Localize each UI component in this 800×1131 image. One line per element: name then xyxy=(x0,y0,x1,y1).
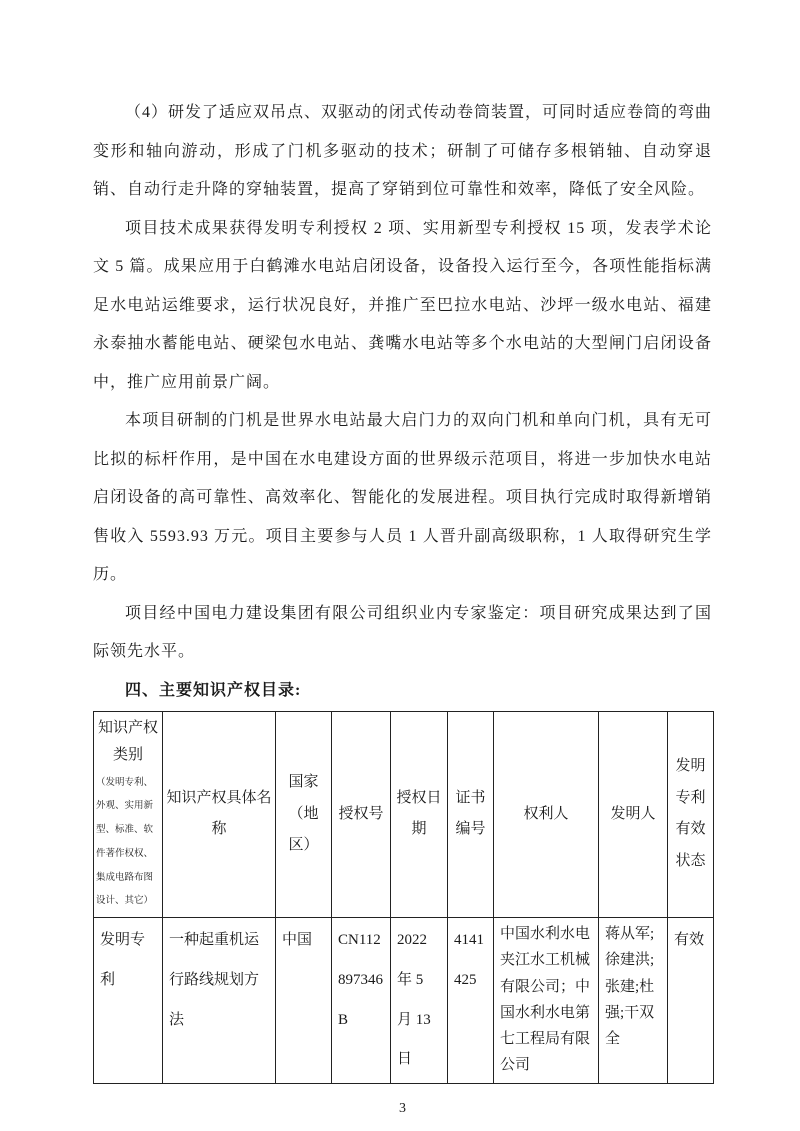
section-heading-ip-catalog: 四、主要知识产权目录: xyxy=(93,680,712,702)
cell-ip-name: 一种起重机运行路线规划方法 xyxy=(163,918,276,1084)
header-rights-holder: 权利人 xyxy=(494,711,599,918)
header-ip-category: 知识产权类别 （发明专利、外观、实用新型、标准、软件著作权权、集成电路布图设计、… xyxy=(94,711,163,918)
header-grant-date: 授权日期 xyxy=(391,711,448,918)
cell-inventors: 蒋从军;徐建洪;张建;杜强;干双全 xyxy=(599,918,668,1084)
table-row: 发明专利 一种起重机运行路线规划方法 中国 CN112897346B 2022 … xyxy=(94,918,714,1084)
cell-validity-status: 有效 xyxy=(668,918,714,1084)
header-country: 国家（地区） xyxy=(276,711,332,918)
paragraph-achievement-4: （4）研发了适应双吊点、双驱动的闭式传动卷筒装置，可同时适应卷筒的弯曲变形和轴向… xyxy=(93,94,712,210)
header-ip-name: 知识产权具体名称 xyxy=(163,711,276,918)
ip-rights-table: 知识产权类别 （发明专利、外观、实用新型、标准、软件著作权权、集成电路布图设计、… xyxy=(93,711,714,1085)
paragraph-patent-results: 项目技术成果获得发明专利授权 2 项、实用新型专利授权 15 项，发表学术论文 … xyxy=(93,210,712,403)
header-ip-category-label: 知识产权类别 xyxy=(96,715,160,769)
cell-country: 中国 xyxy=(276,918,332,1084)
paragraph-expert-appraisal: 项目经中国电力建设集团有限公司组织业内专家鉴定：项目研究成果达到了国际领先水平。 xyxy=(93,595,712,672)
header-grant-number: 授权号 xyxy=(332,711,391,918)
header-ip-category-note: （发明专利、外观、实用新型、标准、软件著作权权、集成电路布图设计、其它） xyxy=(96,772,160,915)
header-certificate-number: 证书编号 xyxy=(448,711,494,918)
cell-rights-holder: 中国水利水电夹江水工机械有限公司；中国水利水电第七工程局有限公司 xyxy=(494,918,599,1084)
page-number: 3 xyxy=(93,1101,712,1117)
table-header-row: 知识产权类别 （发明专利、外观、实用新型、标准、软件著作权权、集成电路布图设计、… xyxy=(94,711,714,918)
document-page: （4）研发了适应双吊点、双驱动的闭式传动卷筒装置，可同时适应卷筒的弯曲变形和轴向… xyxy=(0,0,800,1131)
paragraph-project-significance: 本项目研制的门机是世界水电站最大启门力的双向门机和单向门机，具有无可比拟的标杆作… xyxy=(93,402,712,595)
cell-grant-date: 2022 年 5 月 13 日 xyxy=(391,918,448,1084)
cell-category: 发明专利 xyxy=(94,918,163,1084)
header-inventors: 发明人 xyxy=(599,711,668,918)
header-validity-status: 发明专利有效状态 xyxy=(668,711,714,918)
cell-grant-number: CN112897346B xyxy=(332,918,391,1084)
cell-certificate-number: 4141425 xyxy=(448,918,494,1084)
